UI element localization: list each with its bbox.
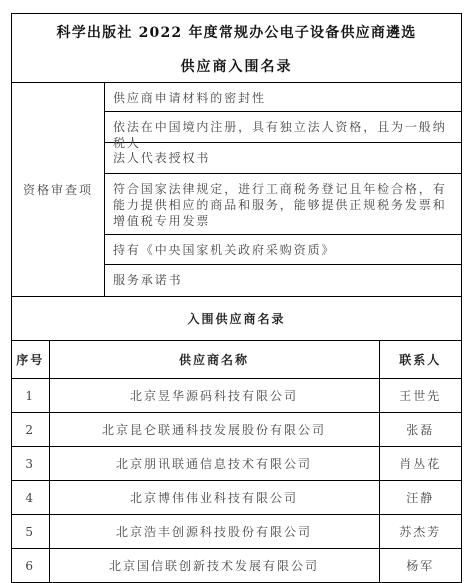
- contact-person: 杨军: [379, 549, 461, 583]
- row-number: 1: [12, 379, 49, 413]
- contact-person: 苏杰芳: [379, 515, 461, 549]
- supplier-name: 北京国信联创新技术发展有限公司: [49, 549, 379, 583]
- title-block: 科学出版社 2022 年度常规办公电子设备供应商遴选 供应商入围名录: [12, 14, 461, 83]
- qualification-item: 依法在中国境内注册，具有独立法人资格，且为一般纳税人: [105, 112, 461, 143]
- supplier-list-heading: 入围供应商名录: [12, 297, 461, 341]
- supplier-list-document: 科学出版社 2022 年度常规办公电子设备供应商遴选 供应商入围名录 资格审查项…: [11, 13, 462, 583]
- qualification-item: 符合国家法律规定，进行工商税务登记且年检合格，有能力提供相应的商品和服务，能够提…: [105, 174, 461, 235]
- qualification-item: 持有《中央国家机关政府采购资质》: [105, 235, 461, 265]
- row-number: 6: [12, 549, 49, 583]
- column-header-contact: 联系人: [379, 341, 461, 379]
- qualification-label: 资格审查项: [12, 83, 105, 296]
- supplier-table: 序号 供应商名称 联系人 1 北京昱华源码科技有限公司 王世先 2 北京昆仑联通…: [12, 341, 461, 582]
- table-row: 4 北京博伟伟业科技有限公司 汪静: [12, 481, 461, 515]
- table-row: 3 北京朋讯联通信息技术有限公司 肖丛花: [12, 447, 461, 481]
- qualification-section: 资格审查项 供应商申请材料的密封性 依法在中国境内注册，具有独立法人资格，且为一…: [12, 83, 461, 297]
- table-row: 5 北京浩丰创源科技股份有限公司 苏杰芳: [12, 515, 461, 549]
- column-header-supplier-name: 供应商名称: [49, 341, 379, 379]
- contact-person: 张磊: [379, 413, 461, 447]
- supplier-name: 北京昆仑联通科技发展股份有限公司: [49, 413, 379, 447]
- qualification-item: 服务承诺书: [105, 265, 461, 296]
- qualification-item: 供应商申请材料的密封性: [105, 83, 461, 112]
- row-number: 2: [12, 413, 49, 447]
- supplier-name: 北京博伟伟业科技有限公司: [49, 481, 379, 515]
- row-number: 3: [12, 447, 49, 481]
- qualification-items: 供应商申请材料的密封性 依法在中国境内注册，具有独立法人资格，且为一般纳税人 法…: [105, 83, 461, 296]
- supplier-name: 北京浩丰创源科技股份有限公司: [49, 515, 379, 549]
- supplier-name: 北京朋讯联通信息技术有限公司: [49, 447, 379, 481]
- row-number: 5: [12, 515, 49, 549]
- contact-person: 肖丛花: [379, 447, 461, 481]
- document-title: 科学出版社 2022 年度常规办公电子设备供应商遴选: [12, 14, 461, 42]
- column-header-number: 序号: [12, 341, 49, 379]
- table-row: 2 北京昆仑联通科技发展股份有限公司 张磊: [12, 413, 461, 447]
- document-subtitle: 供应商入围名录: [12, 42, 461, 76]
- table-header-row: 序号 供应商名称 联系人: [12, 341, 461, 379]
- row-number: 4: [12, 481, 49, 515]
- contact-person: 汪静: [379, 481, 461, 515]
- table-row: 6 北京国信联创新技术发展有限公司 杨军: [12, 549, 461, 583]
- contact-person: 王世先: [379, 379, 461, 413]
- table-row: 1 北京昱华源码科技有限公司 王世先: [12, 379, 461, 413]
- qualification-item: 法人代表授权书: [105, 143, 461, 174]
- supplier-name: 北京昱华源码科技有限公司: [49, 379, 379, 413]
